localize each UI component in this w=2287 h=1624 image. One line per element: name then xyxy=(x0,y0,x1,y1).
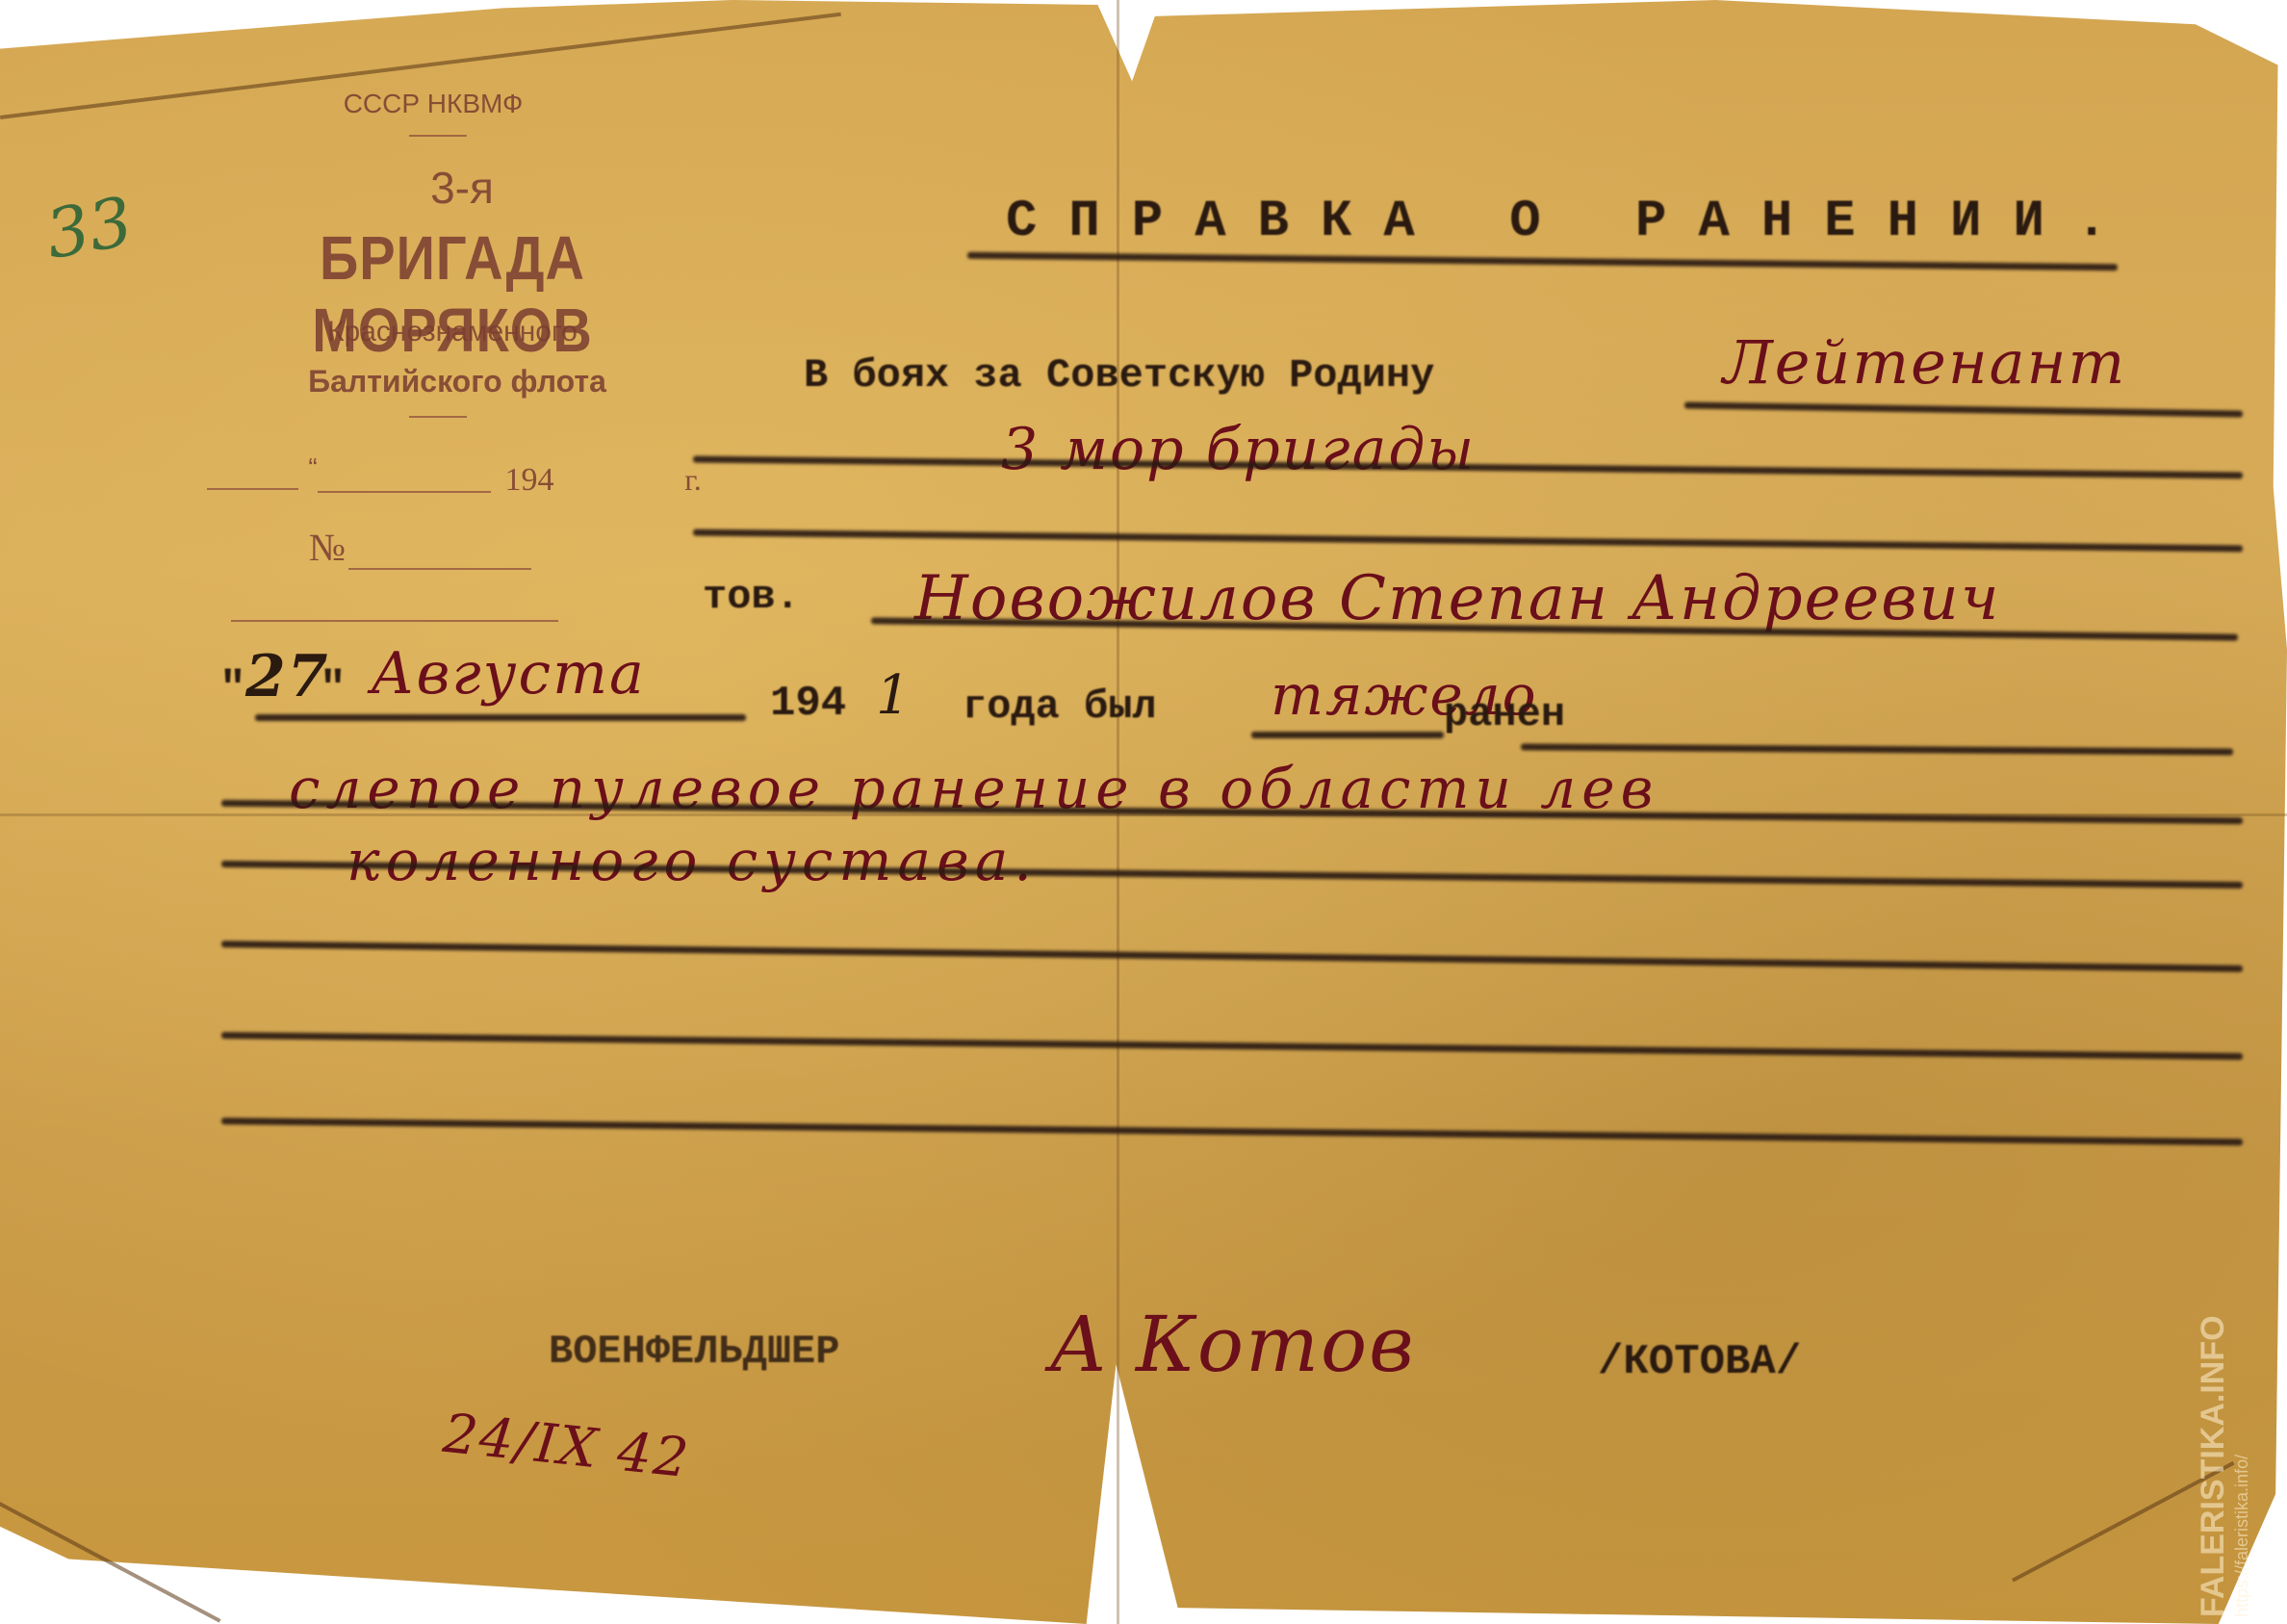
medic-name: /КОТОВА/ xyxy=(1598,1338,1801,1386)
watermark-brand: FALERISTIKA.INFO xyxy=(2195,1315,2232,1617)
document-title: СПРАВКА О РАНЕНИИ. xyxy=(1006,193,2139,251)
rank-handwritten: Лейтенант xyxy=(1723,327,2126,398)
medic-signature: А Котов xyxy=(1049,1300,1416,1389)
date-line-quote: “ xyxy=(298,452,327,483)
date-quote-open: " xyxy=(219,664,246,714)
date-line-suffix: г. xyxy=(674,462,712,498)
stamp-agency: СССР НКВМФ xyxy=(289,89,578,119)
number-label: № xyxy=(298,525,356,570)
injury-day-handwritten: 27 xyxy=(245,643,330,710)
stamp-fleet: Балтийского флота xyxy=(231,364,683,400)
stamp-order: Краснознаменного xyxy=(270,316,635,348)
injury-year-digit: 1 xyxy=(876,664,912,727)
wounded-label: ранен xyxy=(1444,691,1565,737)
medic-role: ВОЕНФЕЛЬДШЕР xyxy=(549,1328,839,1375)
injury-month-handwritten: Августа xyxy=(371,640,646,708)
wound-description-line2: коленного сустава. xyxy=(347,828,1038,893)
number-line xyxy=(348,568,531,570)
severity-rule xyxy=(1251,732,1444,738)
line1-typed: В боях за Советскую Родину xyxy=(804,352,1434,399)
stamp-brigade-number: 3-я xyxy=(366,162,558,214)
date-quote-close: " xyxy=(320,664,347,714)
place-line xyxy=(231,620,558,622)
injury-year-typed: 194 xyxy=(770,680,846,728)
month-rule xyxy=(255,714,746,721)
date-line-day xyxy=(207,488,298,490)
comrade-prefix: тов. xyxy=(703,574,800,620)
was-label: года был xyxy=(963,683,1157,730)
watermark: FALERISTIKA.INFO https://faleristika.inf… xyxy=(2195,1315,2252,1617)
date-line-month xyxy=(318,491,491,493)
stamp-divider xyxy=(409,135,467,137)
date-line-year: 194 xyxy=(491,462,568,499)
stamp-divider xyxy=(409,416,467,418)
unit-handwritten: 3 мор бригады xyxy=(1001,416,1476,483)
watermark-url: https://faleristika.info/ xyxy=(2232,1315,2252,1617)
margin-pencil-note: 33 xyxy=(40,182,139,274)
